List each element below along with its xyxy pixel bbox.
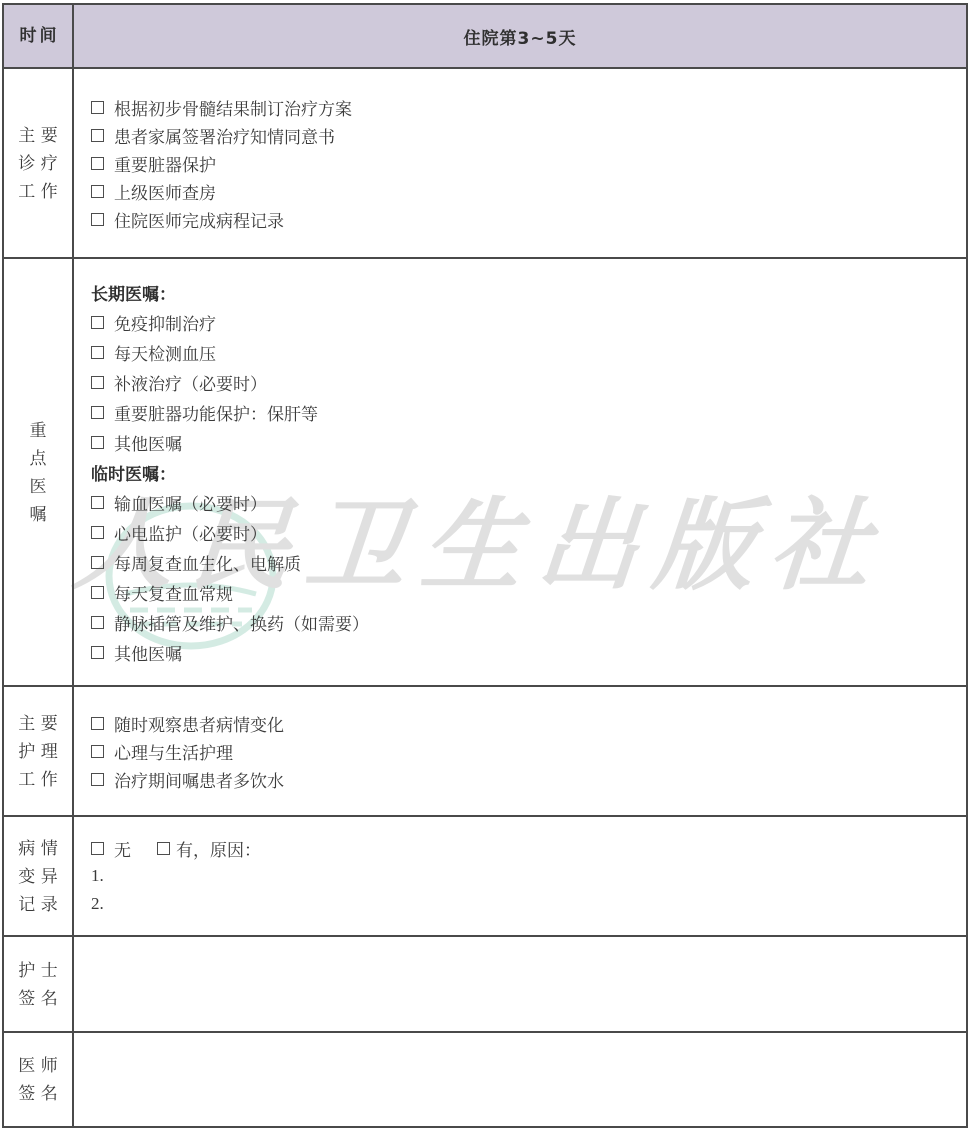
checklist-item: 重要脏器保护: [91, 149, 966, 177]
checkbox-yes-icon[interactable]: [157, 842, 170, 855]
checklist-item: 上级医师查房: [91, 177, 966, 205]
checklist-item-label: 免疫抑制治疗: [114, 310, 216, 335]
variation-no-label: 无: [114, 836, 131, 861]
checklist-item: 住院医师完成病程记录: [91, 205, 966, 233]
checkbox-icon[interactable]: [91, 646, 104, 659]
section-content-main-nursing: 随时观察患者病情变化 心理与生活护理 治疗期间嘱患者多饮水: [74, 687, 966, 815]
section-label-line: 工作: [18, 771, 63, 788]
header-time-cell: 时间: [4, 5, 74, 67]
section-label-nurse-signature: 护士签名: [4, 937, 74, 1031]
order-group-heading: 临时医嘱：: [91, 457, 966, 487]
section-label-line: 变异: [18, 868, 63, 885]
section-row-nurse-signature: 护士签名: [4, 935, 966, 1031]
checklist-item: 治疗期间嘱患者多饮水: [91, 765, 966, 793]
checkbox-icon[interactable]: [91, 101, 104, 114]
checklist-item-label: 每周复查血生化、电解质: [114, 550, 301, 575]
section-label-line: 主要: [18, 127, 63, 144]
section-label-line: 工作: [18, 183, 63, 200]
checklist-item-label: 随时观察患者病情变化: [114, 711, 284, 736]
checkbox-icon[interactable]: [91, 745, 104, 758]
checklist-item: 每天检测血压: [91, 337, 966, 367]
checkbox-icon[interactable]: [91, 406, 104, 419]
checkbox-icon[interactable]: [91, 213, 104, 226]
checklist-item-label: 其他医嘱: [114, 430, 182, 455]
checklist-item: 每天复查血常规: [91, 577, 966, 607]
section-label-line: 签名: [18, 1085, 63, 1102]
checkbox-icon[interactable]: [91, 496, 104, 509]
checkbox-icon[interactable]: [91, 185, 104, 198]
order-group-heading: 长期医嘱：: [91, 277, 966, 307]
section-label-main-nursing: 主要护理工作: [4, 687, 74, 815]
header-day-cell: 住院第3~5天: [74, 5, 966, 67]
checkbox-icon[interactable]: [91, 556, 104, 569]
checkbox-icon[interactable]: [91, 157, 104, 170]
section-row-doctor-signature: 医师签名: [4, 1031, 966, 1126]
section-content-main-treatment: 根据初步骨髓结果制订治疗方案 患者家属签署治疗知情同意书 重要脏器保护 上级医师…: [74, 69, 966, 257]
checklist-item-label: 患者家属签署治疗知情同意书: [114, 123, 335, 148]
checklist-item-label: 补液治疗（必要时）: [114, 370, 267, 395]
checklist-item-label: 长期医嘱：: [91, 280, 176, 305]
section-content-key-orders: 长期医嘱： 免疫抑制治疗 每天检测血压 补液治疗（必要时） 重要脏器功能保护：保…: [74, 259, 966, 685]
checklist-item-label: 心理与生活护理: [114, 739, 233, 764]
section-content-variation-record: 无 有，原因： 1. 2.: [74, 817, 966, 935]
section-label-line: 病情: [18, 840, 63, 857]
section-label-line: 重: [30, 422, 47, 439]
checklist-item-label: 临时医嘱：: [91, 460, 176, 485]
section-row-variation-record: 病情变异记录 无 有，原因： 1. 2.: [4, 815, 966, 935]
checkbox-icon[interactable]: [91, 376, 104, 389]
doctor-signature-field[interactable]: [74, 1033, 966, 1126]
checklist-item: 免疫抑制治疗: [91, 307, 966, 337]
checklist-item: 随时观察患者病情变化: [91, 709, 966, 737]
section-row-main-nursing: 主要护理工作 随时观察患者病情变化 心理与生活护理 治疗期间嘱患者多饮水: [4, 685, 966, 815]
checkbox-icon[interactable]: [91, 717, 104, 730]
variation-yes-label: 有，原因：: [176, 836, 261, 861]
checkbox-icon[interactable]: [91, 586, 104, 599]
checkbox-none-icon[interactable]: [91, 842, 104, 855]
section-label-line: 诊疗: [18, 155, 63, 172]
checkbox-icon[interactable]: [91, 436, 104, 449]
checklist-item-label: 每天检测血压: [114, 340, 216, 365]
checklist-item-label: 静脉插管及维护、换药（如需要）: [114, 610, 369, 635]
checklist-item: 其他医嘱: [91, 637, 966, 667]
variation-options-line: 无 有，原因：: [91, 834, 966, 862]
variation-reason-line-2[interactable]: 2.: [91, 890, 966, 918]
checklist-item: 补液治疗（必要时）: [91, 367, 966, 397]
section-row-key-orders: 重点医嘱 长期医嘱： 免疫抑制治疗 每天检测血压 补液治疗（必要时） 重要脏器功…: [4, 257, 966, 685]
checkbox-icon[interactable]: [91, 129, 104, 142]
checklist-item: 每周复查血生化、电解质: [91, 547, 966, 577]
nurse-signature-field[interactable]: [74, 937, 966, 1031]
checklist-item: 输血医嘱（必要时）: [91, 487, 966, 517]
section-label-line: 嘱: [30, 506, 47, 523]
table-header-row: 时间 住院第3~5天: [4, 5, 966, 67]
section-label-line: 点: [30, 450, 47, 467]
checkbox-icon[interactable]: [91, 316, 104, 329]
checklist-item: 静脉插管及维护、换药（如需要）: [91, 607, 966, 637]
checkbox-icon[interactable]: [91, 773, 104, 786]
checklist-item: 其他医嘱: [91, 427, 966, 457]
checkbox-icon[interactable]: [91, 526, 104, 539]
section-label-line: 记录: [18, 896, 63, 913]
checklist-item-label: 住院医师完成病程记录: [114, 207, 284, 232]
section-label-line: 主要: [18, 715, 63, 732]
checklist-item-label: 上级医师查房: [114, 179, 216, 204]
checkbox-icon[interactable]: [91, 616, 104, 629]
checklist-item-label: 其他医嘱: [114, 640, 182, 665]
checklist-item-label: 每天复查血常规: [114, 580, 233, 605]
checklist-item: 患者家属签署治疗知情同意书: [91, 121, 966, 149]
clinical-pathway-table: 时间 住院第3~5天 主要诊疗工作 根据初步骨髓结果制订治疗方案 患者家属签署治…: [2, 3, 968, 1128]
checklist-item-label: 心电监护（必要时）: [114, 520, 267, 545]
section-label-line: 医: [30, 478, 47, 495]
section-label-line: 护理: [18, 743, 63, 760]
variation-reason-line-1[interactable]: 1.: [91, 862, 966, 890]
section-label-doctor-signature: 医师签名: [4, 1033, 74, 1126]
checklist-item-label: 根据初步骨髓结果制订治疗方案: [114, 95, 352, 120]
checklist-item-label: 重要脏器保护: [114, 151, 216, 176]
checklist-item: 心电监护（必要时）: [91, 517, 966, 547]
checklist-item-label: 治疗期间嘱患者多饮水: [114, 767, 284, 792]
checklist-item-label: 输血医嘱（必要时）: [114, 490, 267, 515]
section-label-main-treatment: 主要诊疗工作: [4, 69, 74, 257]
section-label-line: 医师: [18, 1057, 63, 1074]
checkbox-icon[interactable]: [91, 346, 104, 359]
section-label-key-orders: 重点医嘱: [4, 259, 74, 685]
section-label-variation-record: 病情变异记录: [4, 817, 74, 935]
section-label-line: 签名: [18, 990, 63, 1007]
checklist-item: 重要脏器功能保护：保肝等: [91, 397, 966, 427]
section-label-line: 护士: [18, 962, 63, 979]
checklist-item: 根据初步骨髓结果制订治疗方案: [91, 93, 966, 121]
checklist-item: 心理与生活护理: [91, 737, 966, 765]
section-row-main-treatment: 主要诊疗工作 根据初步骨髓结果制订治疗方案 患者家属签署治疗知情同意书 重要脏器…: [4, 67, 966, 257]
checklist-item-label: 重要脏器功能保护：保肝等: [114, 400, 318, 425]
